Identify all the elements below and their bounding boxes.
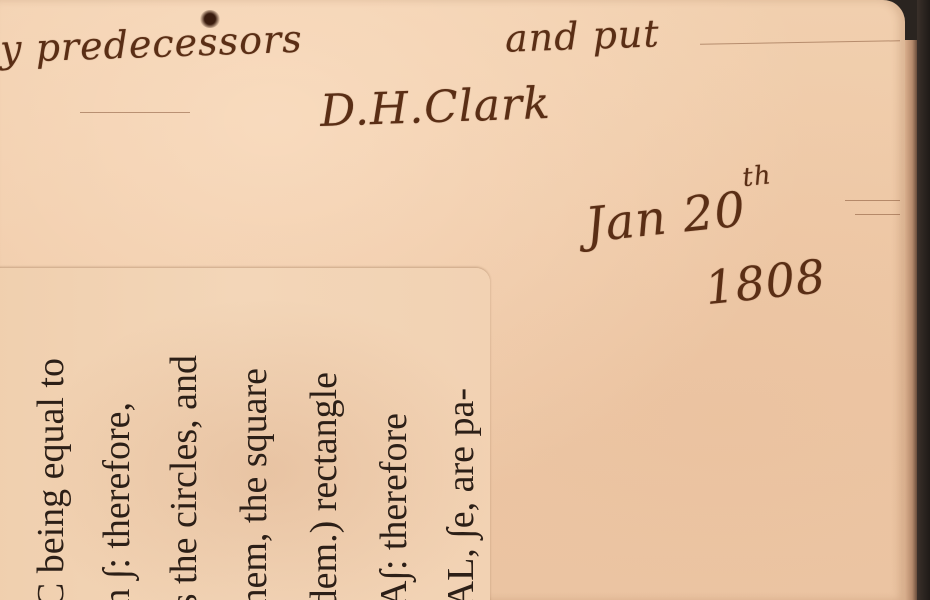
signature: D.H.Clark: [319, 78, 551, 137]
date-suffix: th: [741, 160, 773, 193]
printed-line: C being equal to: [32, 358, 70, 600]
handwriting-line-1: y predecessors: [0, 17, 303, 72]
manuscript-page: y predecessors and put D.H.Clark Jan 20t…: [0, 0, 905, 600]
date-month-day: Jan 20: [583, 181, 749, 254]
printed-line: AL, ∫e, are pa-: [442, 388, 480, 600]
book-spine: [917, 0, 930, 600]
printed-paper-slip: C being equal to n ∫: therefore, s the c…: [0, 268, 490, 600]
printed-line: n ∫: therefore,: [98, 402, 136, 600]
printed-line: s the circles, and: [165, 355, 203, 600]
handwriting-line-1-continued: and put: [504, 11, 660, 60]
faint-rule: [855, 214, 900, 215]
printed-line: A∫: therefore: [375, 413, 413, 600]
faint-rule: [845, 200, 900, 201]
printed-line: hem, the square: [235, 368, 273, 600]
printed-line: dem.) rectangle: [305, 372, 343, 600]
faint-rule: [80, 112, 190, 113]
faint-rule: [700, 40, 900, 44]
handwritten-year: 1808: [703, 249, 829, 315]
page-edge: [905, 40, 917, 600]
handwritten-date: Jan 20th: [583, 178, 778, 254]
